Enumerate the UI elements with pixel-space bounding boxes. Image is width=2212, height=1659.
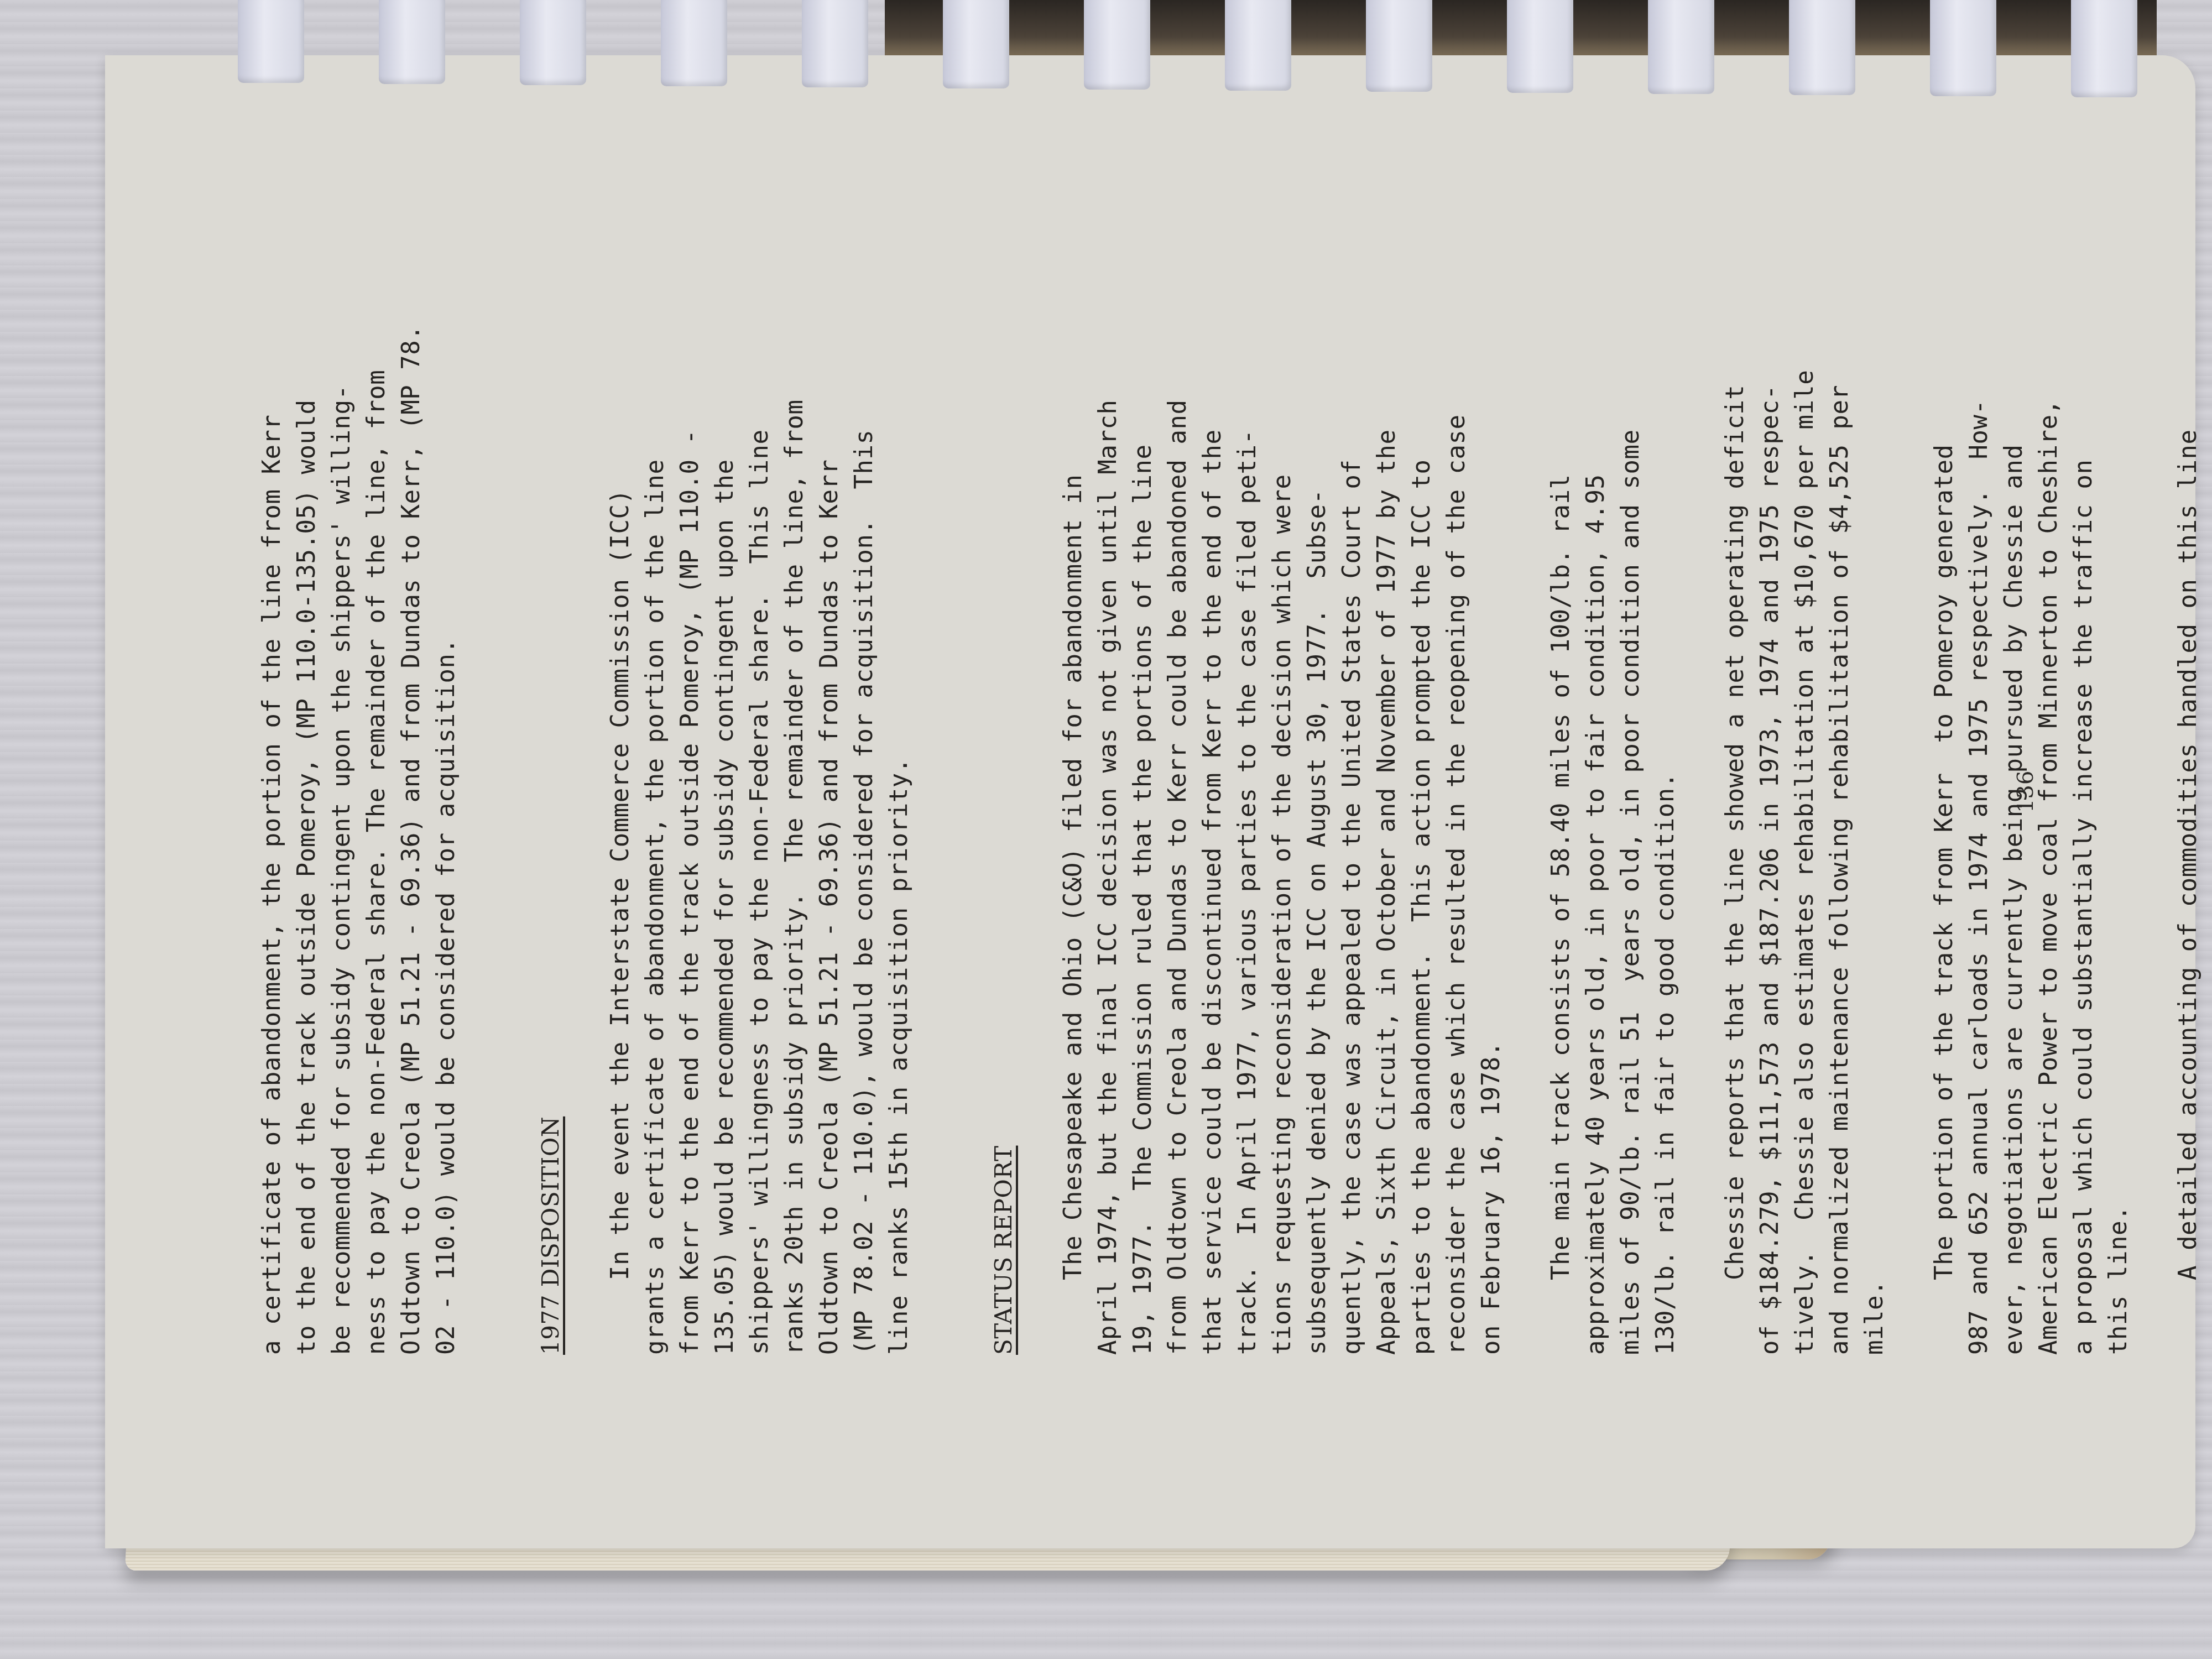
text-line: 02 - 110.0) would be considered for acqu… xyxy=(429,138,463,1355)
binding-coil xyxy=(238,0,304,83)
text-line: to the end of the track outside Pomeroy,… xyxy=(289,138,324,1355)
binding-coil xyxy=(661,0,727,86)
binding-coil xyxy=(1930,0,1996,96)
text-line: a proposal which could substantially inc… xyxy=(2066,138,2101,1355)
text-line: from Oldtown to Creola and Dundas to Ker… xyxy=(1160,138,1195,1355)
text-line: Appeals, Sixth Circuit, in October and N… xyxy=(1369,138,1404,1355)
text-line: shippers' willingness to pay the non-Fed… xyxy=(742,138,777,1355)
text-line: (MP 78.02 - 110.0), would be considered … xyxy=(847,138,881,1355)
text-line: parties to the abandonment. This action … xyxy=(1404,138,1439,1355)
binding-coil xyxy=(1507,0,1573,93)
paragraph: The main track consists of 58.40 miles o… xyxy=(1543,138,1683,1355)
text-line: ever, negotiations are currently being p… xyxy=(1996,138,2031,1355)
text-line: 19, 1977. The Commission ruled that the … xyxy=(1125,138,1160,1355)
binding-coil xyxy=(2071,0,2137,97)
text-line: 987 and 652 annual carloads in 1974 and … xyxy=(1961,138,1996,1355)
text-line: April 1974, but the final ICC decision w… xyxy=(1091,138,1125,1355)
text-line: miles of 90/lb. rail 51 years old, in po… xyxy=(1613,138,1648,1355)
paragraph: The Chesapeake and Ohio (C&O) filed for … xyxy=(1056,138,1509,1355)
page-text-block: a certificate of abandonment, the portio… xyxy=(254,138,2212,1355)
binding-coil xyxy=(1084,0,1150,90)
text-line: line ranks 15th in acquisition priority. xyxy=(881,138,916,1355)
text-line: A detailed accounting of commodities han… xyxy=(2171,138,2205,1355)
paragraph: Chessie reports that the line showed a n… xyxy=(1718,138,1892,1355)
text-line: of $184.279, $111,573 and $187.206 in 19… xyxy=(1752,138,1787,1355)
paragraph: The portion of the track from Kerr to Po… xyxy=(1927,138,2136,1355)
text-line: The Chesapeake and Ohio (C&O) filed for … xyxy=(1056,138,1091,1355)
text-line: be recommended for subsidy contingent up… xyxy=(324,138,359,1355)
paragraph: In the event the Interstate Commerce Com… xyxy=(603,138,916,1355)
text-line: tions requesting reconsideration of the … xyxy=(1265,138,1300,1355)
text-line: ranks 20th in subsidy priority. The rema… xyxy=(777,138,812,1355)
binding-coil xyxy=(1366,0,1432,92)
intro-paragraph: a certificate of abandonment, the portio… xyxy=(254,138,463,1355)
text-line: on February 16, 1978. xyxy=(1474,138,1509,1355)
binding-coil xyxy=(379,0,445,84)
text-line: track. In April 1977, various parties to… xyxy=(1230,138,1265,1355)
binding-coil xyxy=(1225,0,1291,91)
binding-coil xyxy=(943,0,1009,88)
spacer xyxy=(2136,138,2171,1355)
binding-coil xyxy=(802,0,868,87)
spacer xyxy=(1021,138,1056,1355)
text-line: approximately 40 years old, in poor to f… xyxy=(1578,138,1613,1355)
text-line: subsequently denied by the ICC on August… xyxy=(1300,138,1334,1355)
spacer xyxy=(1509,138,1543,1355)
text-line: The portion of the track from Kerr to Po… xyxy=(1927,138,1961,1355)
spacer xyxy=(463,138,533,1355)
text-line: this line. xyxy=(2101,138,2136,1355)
spacer xyxy=(1683,138,1718,1355)
section-heading: STATUS REPORT xyxy=(986,138,1021,1355)
text-line: by carloads and STCC code is not availab… xyxy=(2205,138,2212,1355)
section-heading: 1977 DISPOSITION xyxy=(533,138,568,1355)
text-line: that service could be discontinued from … xyxy=(1195,138,1230,1355)
text-line: a certificate of abandonment, the portio… xyxy=(254,138,289,1355)
text-line: quently, the case was appealed to the Un… xyxy=(1334,138,1369,1355)
text-line: mile. xyxy=(1857,138,1892,1355)
text-line: reconsider the case which resulted in th… xyxy=(1439,138,1474,1355)
text-line: grants a certificate of abandonment, the… xyxy=(638,138,672,1355)
spacer xyxy=(916,138,986,1355)
text-line: The main track consists of 58.40 miles o… xyxy=(1543,138,1578,1355)
paragraph: A detailed accounting of commodities han… xyxy=(2171,138,2212,1355)
binding-coil xyxy=(520,0,586,85)
binding-coil xyxy=(1648,0,1714,94)
text-line: In the event the Interstate Commerce Com… xyxy=(603,138,638,1355)
text-line: American Electric Power to move coal fro… xyxy=(2031,138,2066,1355)
page-number: 136 xyxy=(2013,771,2038,813)
spacer xyxy=(568,138,603,1355)
text-line: Oldtown to Creola (MP 51.21 - 69.36) and… xyxy=(394,138,429,1355)
text-line: ness to pay the non-Federal share. The r… xyxy=(359,138,394,1355)
text-line: and normalized maintenance following reh… xyxy=(1822,138,1857,1355)
text-line: 130/lb. rail in fair to good condition. xyxy=(1648,138,1683,1355)
text-line: Oldtown to Creola (MP 51.21 - 69.36) and… xyxy=(812,138,847,1355)
text-line: from Kerr to the end of the track outsid… xyxy=(672,138,707,1355)
text-line: Chessie reports that the line showed a n… xyxy=(1718,138,1752,1355)
binding-coil xyxy=(1789,0,1855,95)
spiral-binding xyxy=(238,0,2184,88)
text-line: tively. Chessie also estimates rehabilit… xyxy=(1787,138,1822,1355)
spacer xyxy=(1892,138,1927,1355)
text-line: 135.05) would be recommended for subsidy… xyxy=(707,138,742,1355)
sections-container: 1977 DISPOSITION In the event the Inters… xyxy=(463,138,2212,1355)
